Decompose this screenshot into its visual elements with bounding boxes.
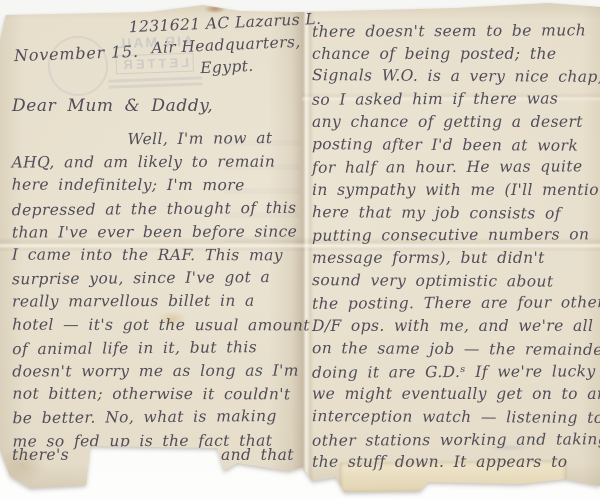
handwritten-line: here indefinitely; I'm more <box>12 174 310 198</box>
left-page-text: Well, I'm now atAHQ, and am likely to re… <box>11 127 310 453</box>
handwritten-line: any chance of getting a desert <box>312 111 600 134</box>
handwritten-line: D/F ops. with me, and we're all <box>312 315 600 338</box>
torn-line-before-gap: there's <box>12 446 69 464</box>
handwritten-line: message forms), but didn't <box>312 247 600 270</box>
handwritten-line: interception watch — listening to <box>312 405 600 429</box>
torn-line-after-gap: , and that <box>206 446 294 464</box>
handwritten-line: sound very optimistic about <box>312 269 600 293</box>
handwritten-line: for half an hour. He was quite <box>312 155 600 179</box>
letter-header: 1231621 AC Lazarus L. Air Headquarters, … <box>115 7 338 83</box>
handwritten-line: we might eventually get on to an <box>312 383 600 406</box>
handwritten-line: chance of being posted; the <box>312 43 600 66</box>
handwritten-line: putting consecutive numbers on <box>312 224 600 248</box>
handwritten-line: other stations working and taking <box>312 428 600 452</box>
handwritten-line: be better. No, what is making <box>12 405 310 431</box>
handwritten-line: so I asked him if there was <box>312 87 600 111</box>
handwritten-line: in sympathy with me (I'll mention <box>312 179 600 202</box>
handwritten-line: not bitten; otherwise it couldn't <box>12 383 310 407</box>
handwritten-line: posting after I'd been at work <box>312 133 600 157</box>
handwritten-line: depressed at the thought of this <box>12 196 310 222</box>
handwritten-line: than I've ever been before since <box>12 220 310 244</box>
handwritten-line: doing it are G.D.ˢ If we're lucky <box>312 360 600 384</box>
torn-text-line: there's , and that <box>12 446 294 464</box>
handwritten-line: the stuff down. It appears to <box>312 451 600 474</box>
handwritten-line: here that my job consists of <box>312 201 600 225</box>
handwritten-line: on the same job — the remainder <box>312 337 600 361</box>
handwritten-line: surprise you, since I've got a <box>12 266 310 292</box>
handwritten-line: I came into the RAF. This may <box>12 244 310 268</box>
right-page-text: there doesn't seem to be muchchance of b… <box>312 20 600 474</box>
handwritten-line: the posting. There are four other <box>312 292 600 316</box>
letter-sheet: AIR MAIL LETTER 1231621 AC Lazarus L. Ai… <box>0 0 600 499</box>
handwritten-line: doesn't worry me as long as I'm <box>12 360 310 384</box>
handwritten-line: there doesn't seem to be much <box>312 19 600 43</box>
salutation: Dear Mum & Daddy, <box>12 96 213 116</box>
handwritten-line: Well, I'm now at <box>11 127 309 153</box>
handwritten-line: of animal life in it, but this <box>12 336 310 362</box>
handwritten-line: AHQ, and am likely to remain <box>12 151 310 175</box>
handwritten-line: Signals W.O. is a very nice chap, <box>312 65 600 89</box>
scanned-letter: AIR MAIL LETTER 1231621 AC Lazarus L. Ai… <box>0 0 600 499</box>
handwritten-line: really marvellous billet in a <box>12 290 310 314</box>
handwritten-line: hotel — it's got the usual amount <box>12 313 310 337</box>
